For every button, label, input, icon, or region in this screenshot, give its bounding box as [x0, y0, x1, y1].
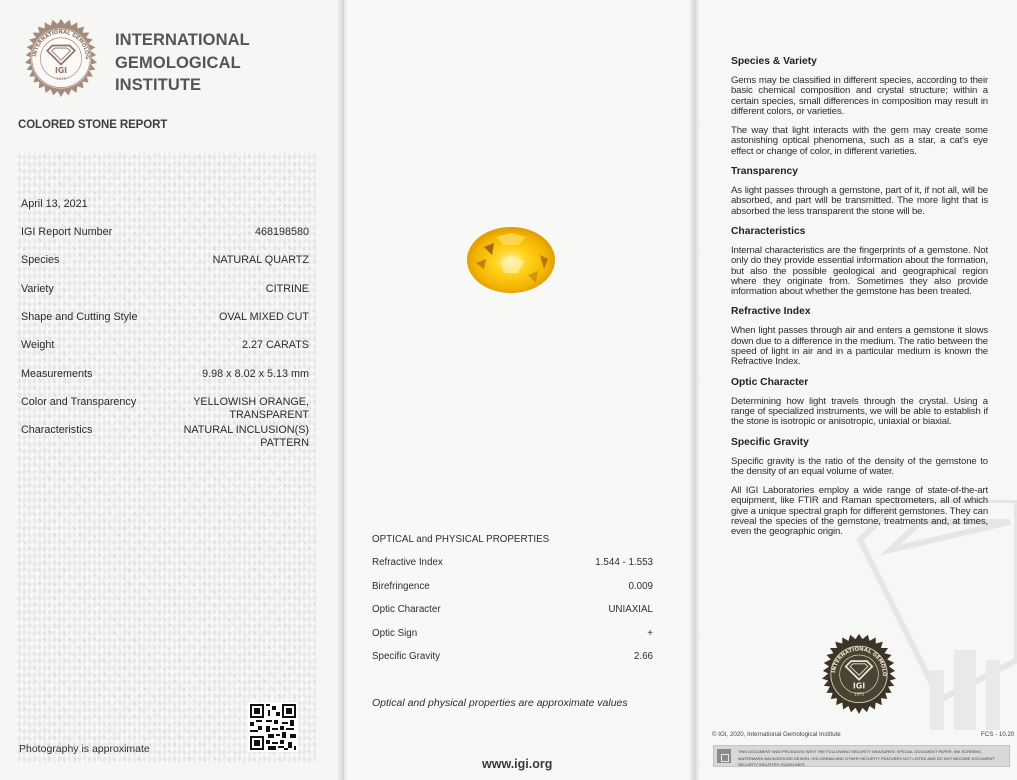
info-paragraph: All IGI Laboratories employ a wide range… — [731, 486, 988, 537]
report-panel-middle — [346, 0, 696, 780]
property-value: 0.009 — [628, 581, 653, 592]
detail-label: Characteristics — [21, 424, 92, 436]
info-paragraph: Gems may be classified in different spec… — [731, 76, 988, 117]
citrine-gem-photo — [466, 225, 556, 295]
info-paragraph: The way that light interacts with the ge… — [731, 126, 988, 157]
info-paragraph: As light passes through a gemstone, part… — [731, 186, 988, 217]
property-value: 2.66 — [634, 651, 653, 662]
info-paragraph: Specific gravity is the ratio of the den… — [731, 457, 988, 478]
security-background-pattern — [16, 152, 316, 764]
paper-fold-line — [690, 0, 700, 780]
info-paragraph: Determining how light travels through th… — [731, 397, 988, 428]
copyright-notice: © IGI, 2020, International Gemological I… — [712, 731, 841, 738]
info-heading: Transparency — [731, 166, 988, 177]
info-heading: Specific Gravity — [731, 437, 988, 448]
photography-note: Photography is approximate — [19, 743, 150, 755]
info-section-refractive-index: Refractive Index When light passes throu… — [731, 306, 988, 367]
info-paragraph: Internal characteristics are the fingerp… — [731, 246, 988, 297]
property-value: + — [647, 628, 653, 639]
detail-value: 2.27 CARATS — [242, 339, 309, 352]
info-heading: Refractive Index — [731, 306, 988, 317]
org-name-line: INTERNATIONAL — [115, 29, 250, 52]
detail-value: 9.98 x 8.02 x 5.13 mm — [202, 368, 309, 381]
qr-code-icon[interactable] — [248, 702, 298, 752]
info-heading: Optic Character — [731, 377, 988, 388]
detail-label: Color and Transparency — [21, 396, 136, 408]
info-paragraph: When light passes through air and enters… — [731, 326, 988, 367]
info-section-characteristics: Characteristics Internal characteristics… — [731, 226, 988, 297]
detail-label: Weight — [21, 339, 54, 351]
igi-seal-logo-icon: INTERNATIONAL GEMOLOGICAL INSTITUTE IGI … — [18, 18, 104, 104]
detail-label: Variety — [21, 283, 54, 295]
svg-text:IGI: IGI — [55, 66, 67, 75]
security-features-box: THIS DOCUMENT WAS PRODUCED WITH THE FOLL… — [713, 745, 1010, 767]
info-section-species-variety: Species & Variety Gems may be classified… — [731, 56, 988, 157]
svg-text:1975: 1975 — [854, 691, 865, 696]
report-type-title: COLORED STONE REPORT — [18, 119, 167, 131]
detail-label: IGI Report Number — [21, 226, 112, 238]
detail-label: Shape and Cutting Style — [21, 311, 137, 323]
report-panel-left: INTERNATIONAL GEMOLOGICAL INSTITUTE IGI … — [0, 0, 346, 780]
lock-document-icon — [717, 749, 731, 763]
property-label: Optic Sign — [372, 628, 417, 639]
org-name-line: GEMOLOGICAL — [115, 52, 250, 75]
info-section-transparency: Transparency As light passes through a g… — [731, 166, 988, 217]
website-link[interactable]: www.igi.org — [482, 757, 552, 771]
optical-properties-title: OPTICAL and PHYSICAL PROPERTIES — [372, 534, 549, 545]
organization-name: INTERNATIONAL GEMOLOGICAL INSTITUTE — [115, 29, 250, 97]
property-value: UNIAXIAL — [608, 604, 653, 615]
igi-seal-stamp-icon: INTERNATIONAL GEMOLOGICAL INSTITUTE IGI … — [815, 633, 903, 721]
detail-value: NATURAL INCLUSION(S)PATTERN — [184, 424, 309, 450]
info-heading: Species & Variety — [731, 56, 988, 67]
paper-fold-line — [338, 0, 348, 780]
approximate-values-disclaimer: Optical and physical properties are appr… — [372, 697, 628, 709]
report-date: April 13, 2021 — [21, 198, 88, 210]
detail-value: CITRINE — [266, 283, 309, 296]
info-section-specific-gravity: Specific Gravity Specific gravity is the… — [731, 437, 988, 538]
property-value: 1.544 - 1.553 — [595, 557, 653, 568]
svg-text:1975: 1975 — [56, 76, 66, 81]
detail-value: NATURAL QUARTZ — [213, 254, 309, 267]
property-label: Refractive Index — [372, 557, 443, 568]
org-name-line: INSTITUTE — [115, 74, 250, 97]
property-label: Birefringence — [372, 581, 430, 592]
detail-value: YELLOWISH ORANGE,TRANSPARENT — [193, 396, 309, 422]
detail-value: OVAL MIXED CUT — [219, 311, 309, 324]
detail-value: 468198580 — [255, 226, 309, 239]
detail-label: Species — [21, 254, 59, 266]
info-section-optic-character: Optic Character Determining how light tr… — [731, 377, 988, 428]
info-heading: Characteristics — [731, 226, 988, 237]
svg-text:IGI: IGI — [853, 681, 865, 690]
gemology-info-section: Species & Variety Gems may be classified… — [731, 56, 988, 547]
form-code: FCS - 10.20 — [981, 731, 1014, 738]
detail-label: Measurements — [21, 368, 92, 380]
property-label: Optic Character — [372, 604, 441, 615]
security-features-text: THIS DOCUMENT WAS PRODUCED WITH THE FOLL… — [738, 749, 1008, 769]
property-label: Specific Gravity — [372, 651, 440, 662]
